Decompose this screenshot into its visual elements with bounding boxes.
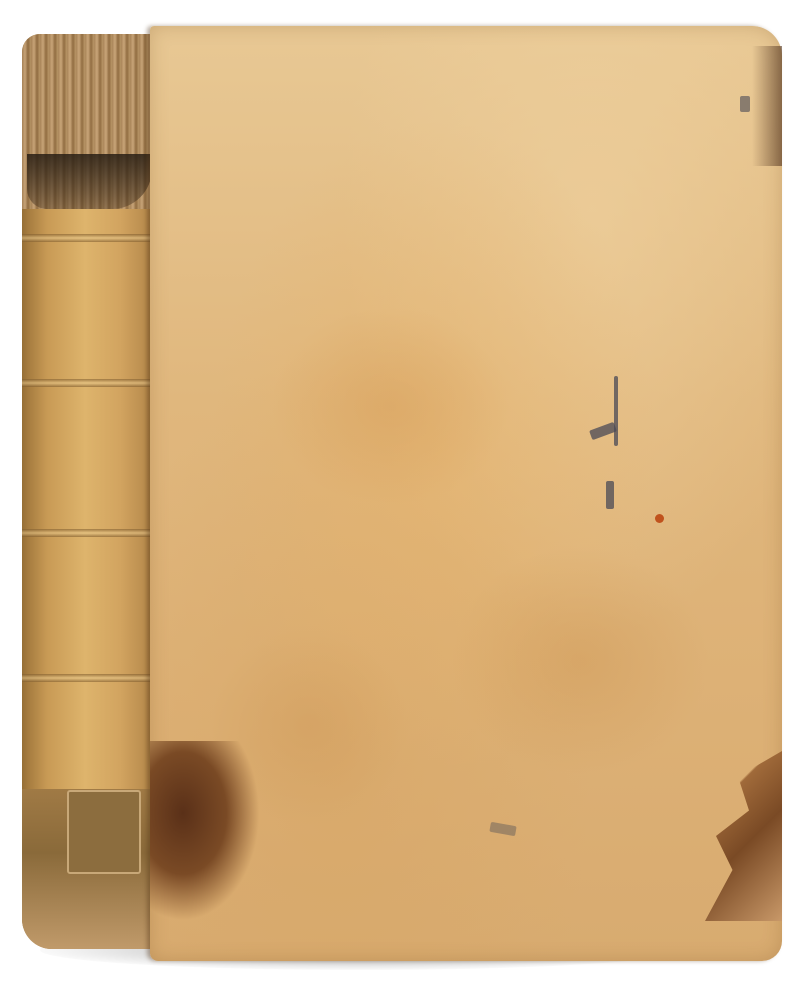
spine-raised-band xyxy=(22,674,162,682)
spine-label-remnant xyxy=(67,790,141,874)
spine-raised-band xyxy=(22,234,162,242)
ink-mark xyxy=(489,822,516,836)
cover-top-right-wear xyxy=(752,46,782,166)
red-spot xyxy=(655,514,664,523)
ink-mark xyxy=(589,422,617,440)
cover-bottom-right-tear xyxy=(672,751,782,921)
spine-head-stain xyxy=(27,154,152,209)
spine-raised-band xyxy=(22,379,162,387)
ink-mark xyxy=(740,96,750,112)
cover-stain xyxy=(450,546,710,776)
book-spine xyxy=(22,34,162,949)
book-photo xyxy=(0,0,806,1000)
cover-stain xyxy=(270,306,510,506)
ink-mark xyxy=(606,481,614,509)
book-front-cover xyxy=(150,26,782,961)
ink-mark xyxy=(614,376,618,446)
spine-raised-band xyxy=(22,529,162,537)
cover-bottom-left-damage xyxy=(150,741,260,921)
